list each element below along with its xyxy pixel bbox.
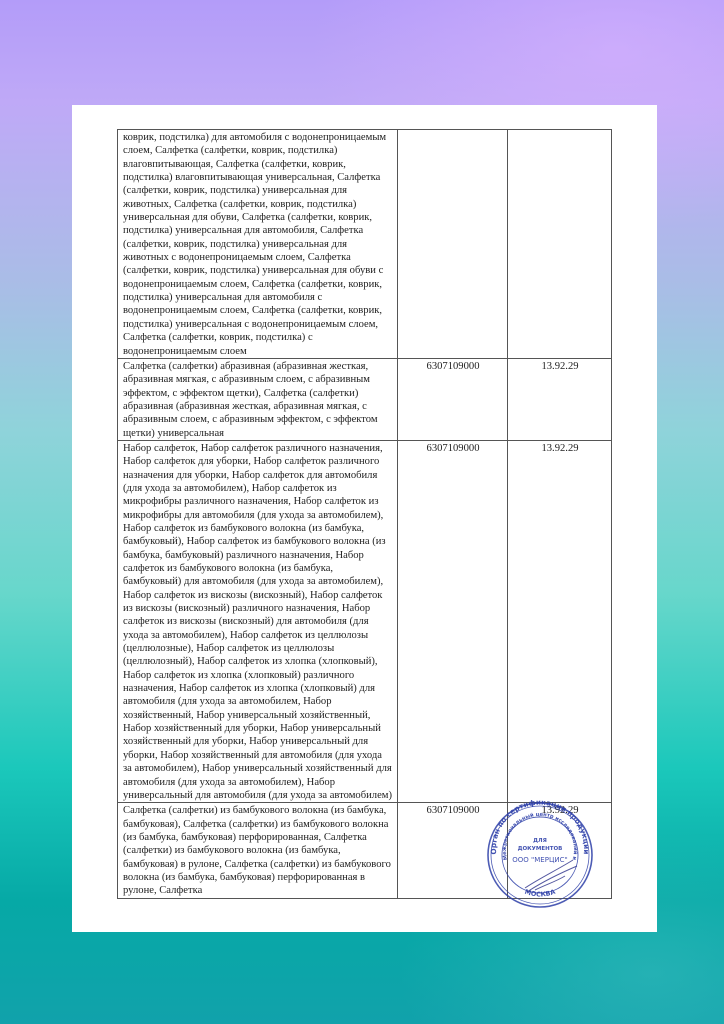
- products-table: коврик, подстилка) для автомобиля с водо…: [117, 129, 612, 899]
- tnved-code-cell: [398, 130, 508, 359]
- product-name-cell: Салфетка (салфетки) из бамбукового волок…: [118, 803, 398, 898]
- table-row: коврик, подстилка) для автомобиля с водо…: [118, 130, 612, 359]
- certification-stamp-icon: Орган по сертификации продукции Межрегио…: [485, 800, 595, 910]
- tnved-code-cell: 6307109000: [398, 358, 508, 440]
- tnved-code-cell: 6307109000: [398, 440, 508, 802]
- svg-text:МОСКВА: МОСКВА: [524, 888, 557, 899]
- table-row: Набор салфеток, Набор салфеток различног…: [118, 440, 612, 802]
- product-name-cell: Набор салфеток, Набор салфеток различног…: [118, 440, 398, 802]
- product-name-cell: коврик, подстилка) для автомобиля с водо…: [118, 130, 398, 359]
- svg-text:ООО "МЕРЦИС": ООО "МЕРЦИС": [512, 856, 567, 864]
- svg-text:Межрегиональный центр исследов: Межрегиональный центр исследований и: [502, 811, 579, 861]
- okpd-code-cell: 13.92.29: [508, 358, 612, 440]
- svg-text:ДОКУМЕНТОВ: ДОКУМЕНТОВ: [518, 846, 563, 852]
- product-name-cell: Салфетка (салфетки) абразивная (абразивн…: [118, 358, 398, 440]
- okpd-code-cell: [508, 130, 612, 359]
- okpd-code-cell: 13.92.29: [508, 440, 612, 802]
- svg-text:ДЛЯ: ДЛЯ: [533, 838, 547, 844]
- table-row: Салфетка (салфетки) абразивная (абразивн…: [118, 358, 612, 440]
